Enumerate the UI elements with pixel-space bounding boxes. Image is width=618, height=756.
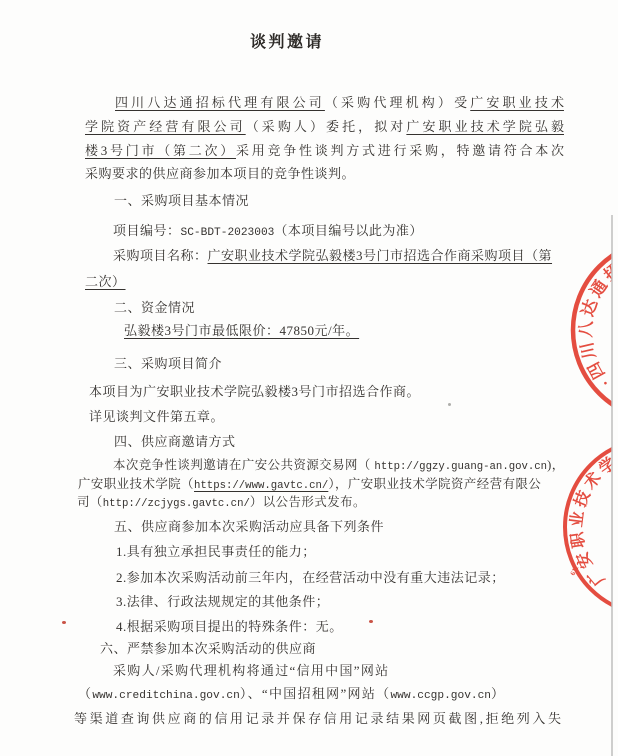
scan-edge-line [611, 215, 613, 756]
doc-line: 司（http://zcjygs.gavtc.cn/）以公告形式发布。 [77, 494, 366, 513]
text-run: 采用竞争性谈判方式进行采购，特邀请符合本次 [236, 143, 564, 158]
underlined-text: 广安职业技术 [470, 95, 564, 110]
text-run: 本次竞争性谈判邀请在广安公共资源交易网（ [113, 458, 374, 472]
text-run: 本项目为广安职业技术学院弘毅楼3号门市招选合作商。 [89, 384, 420, 399]
doc-line: 学院资产经营有限公司（采购人）委托，拟对广安职业技术学院弘毅 [85, 118, 564, 135]
underlined-text: 弘毅楼3号门市最低限价：47850元/年。 [124, 323, 359, 338]
text-run: （ [78, 686, 92, 701]
doc-line: 楼3号门市（第二次）采用竞争性谈判方式进行采购，特邀请符合本次 [85, 142, 564, 159]
text-run: SC-BDT-2023003 [181, 227, 275, 239]
underlined-text: 楼3号门市（第二次） [85, 143, 236, 158]
text-run: 广安职业技术学院（ [78, 477, 194, 491]
text-run: 四、供应商邀请方式 [114, 434, 236, 449]
underlined-text: 四川八达通招标代理有限公司 [115, 95, 325, 110]
text-run: 司（ [77, 495, 103, 509]
text-run: ） [491, 686, 505, 701]
document-page: 谈判邀请 四川八达通招标代理有限公司（采购代理机构）受广安职业技术学院资产经营有… [0, 0, 618, 756]
underlined-text: 广安职业技术学院弘毅 [406, 119, 564, 134]
text-run: 详见谈判文件第五章。 [89, 409, 224, 424]
doc-line: 弘毅楼3号门市最低限价：47850元/年。 [124, 322, 359, 339]
doc-line: 本次竞争性谈判邀请在广安公共资源交易网（ http://ggzy.guang-a… [113, 457, 565, 476]
underlined-text: 二次） [85, 274, 126, 289]
red-ink-speck [369, 620, 373, 623]
doc-line: 详见谈判文件第五章。 [89, 408, 224, 425]
text-run: 采购项目名称： [113, 248, 208, 263]
text-run: ）、“中国招租网”网站（ [240, 686, 391, 701]
text-run: 2.参加本次采购活动前三年内，在经营活动中没有重大违法记录； [116, 570, 505, 585]
doc-line: 2.参加本次采购活动前三年内，在经营活动中没有重大违法记录； [116, 569, 505, 586]
agency-seal-text: ·四川八达通招标代理有限公司 [576, 242, 612, 392]
school-seal-border [565, 439, 612, 615]
text-run: （采购代理机构）受 [325, 95, 470, 110]
text-run: 3.法律、行政法规规定的其他条件； [116, 594, 329, 609]
doc-line: （www.creditchina.gov.cn）、“中国招租网”网站（www.c… [78, 685, 505, 705]
text-run: 二、资金情况 [114, 300, 195, 315]
text-run: 六、严禁参加本次采购活动的供应商 [100, 641, 316, 656]
text-run: （本项目编号以此为准） [274, 223, 423, 238]
text-run: ）以公告形式发布。 [250, 495, 366, 509]
school-seal-stamp: 广安职业技术学院资产经营有限公司 611 [558, 430, 612, 620]
text-run: 1.具有独立承担民事责任的能力； [116, 544, 316, 559]
text-run: 三、采购项目简介 [114, 356, 222, 371]
text-run: www.creditchina.gov.cn [92, 690, 240, 702]
scan-dust-speck [448, 403, 451, 406]
doc-line: 3.法律、行政法规规定的其他条件； [116, 593, 329, 610]
text-run: http://ggzy.guang-an.gov.cn [374, 461, 547, 473]
underlined-text: https://www.gavtc.cn/ [194, 480, 328, 492]
doc-line: 三、采购项目简介 [114, 355, 222, 372]
doc-line: 4.根据采购项目提出的特殊条件：无。 [116, 618, 343, 635]
text-run: 4.根据采购项目提出的特殊条件：无。 [116, 619, 343, 634]
school-seal-serial: 611 [569, 564, 581, 577]
doc-line: 采购人/采购代理机构将通过“信用中国”网站 [113, 662, 389, 679]
text-run: 采购人/采购代理机构将通过“信用中国”网站 [113, 663, 389, 678]
doc-line: 一、采购项目基本情况 [114, 192, 249, 209]
doc-line: 四、供应商邀请方式 [114, 433, 236, 450]
underlined-text: 广安职业技术学院弘毅楼3号门市招选合作商采购项目（第 [208, 248, 553, 263]
text-run: 采购要求的供应商参加本项目的竞争性谈判。 [85, 166, 355, 181]
doc-line: 1.具有独立承担民事责任的能力； [116, 543, 316, 560]
doc-line: 采购要求的供应商参加本项目的竞争性谈判。 [85, 165, 355, 182]
text-run: 五、供应商参加本次采购活动应具备下列条件 [114, 519, 384, 534]
doc-line: 项目编号：SC-BDT-2023003（本项目编号以此为准） [113, 222, 423, 242]
text-run: ），广安职业技术学院资产经营有限公 [328, 477, 541, 491]
text-run: )， [547, 458, 565, 472]
text-run: 等渠道查询供应商的信用记录并保存信用记录结果网页截图,拒绝列入失 [74, 711, 561, 726]
school-seal-text: 广安职业技术学院资产经营有限公司 [567, 441, 612, 590]
doc-line: 等渠道查询供应商的信用记录并保存信用记录结果网页截图,拒绝列入失 [74, 710, 561, 727]
underlined-text: 学院资产经营有限公司 [85, 119, 246, 134]
text-run: www.ccgp.gov.cn [390, 690, 491, 702]
text-run: （采购人）委托，拟对 [246, 119, 407, 134]
text-run: 项目编号： [113, 223, 181, 238]
page-title: 谈判邀请 [250, 29, 324, 52]
red-ink-speck [62, 621, 66, 624]
doc-line: 五、供应商参加本次采购活动应具备下列条件 [114, 518, 384, 535]
doc-line: 采购项目名称：广安职业技术学院弘毅楼3号门市招选合作商采购项目（第 [113, 247, 552, 264]
doc-line: 广安职业技术学院（https://www.gavtc.cn/），广安职业技术学院… [78, 476, 541, 495]
doc-line: 四川八达通招标代理有限公司（采购代理机构）受广安职业技术 [115, 94, 564, 111]
doc-line: 二、资金情况 [114, 299, 195, 316]
text-run: 一、采购项目基本情况 [114, 193, 249, 208]
agency-seal-stamp: ·四川八达通招标代理有限公司 [560, 230, 612, 410]
doc-line: 六、严禁参加本次采购活动的供应商 [100, 640, 316, 657]
agency-seal-border [573, 240, 612, 410]
doc-line: 二次） [85, 273, 126, 290]
doc-line: 本项目为广安职业技术学院弘毅楼3号门市招选合作商。 [89, 383, 420, 400]
text-run: http://zcjygs.gavtc.cn/ [103, 498, 250, 510]
